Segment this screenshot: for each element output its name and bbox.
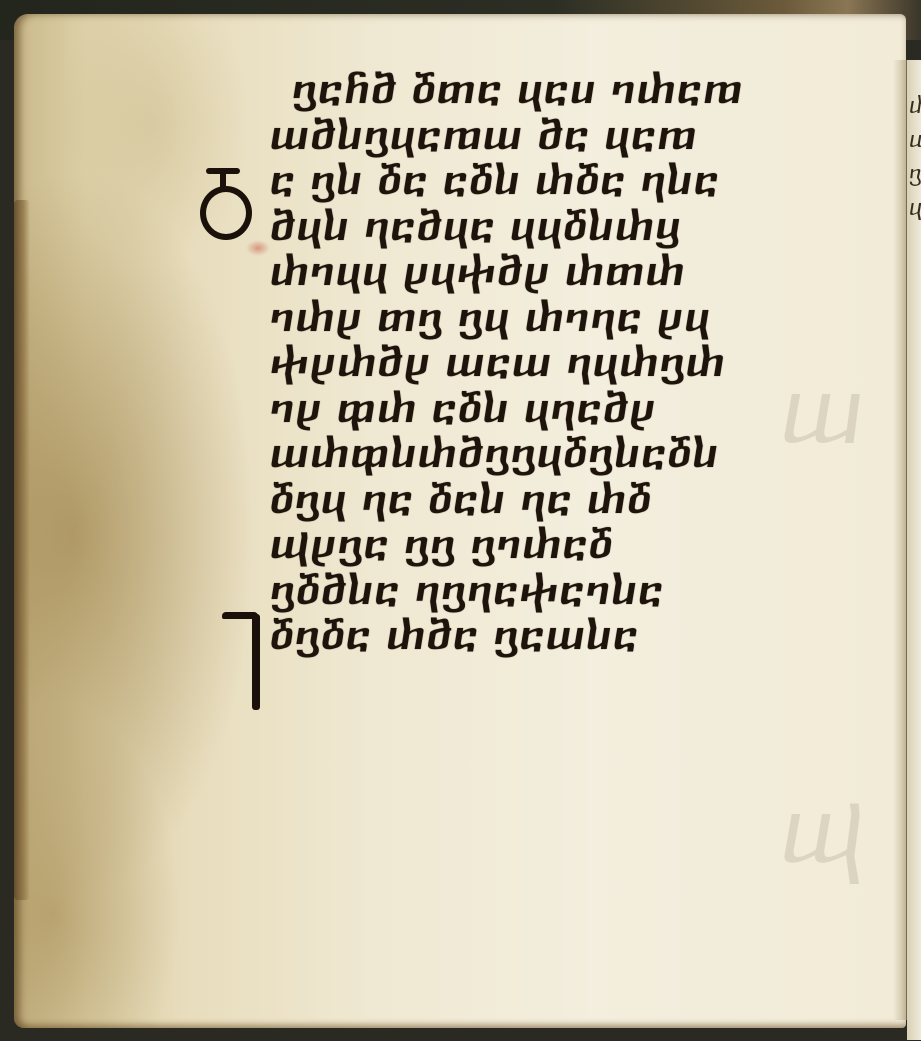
text-line: ⴂⴀⴌⴋ ⴃⴇⴀ ⴗⴀⴎ ⴈⴐⴀⴊ (270, 68, 830, 114)
text-line: ⴋⴗⴑ ⴄⴀⴋⴗⴀ ⴗⴗⴃⴑⴐⴁ (270, 205, 830, 251)
text-line: ⴍⴋⴑⴂⴗⴀⴊⴍ ⴋⴀ ⴗⴀⴊ (270, 114, 830, 160)
text-line: ⴍⴐⴔⴑⴐⴋⴂⴂⴗⴃⴂⴑⴀⴃⴑ (270, 432, 830, 478)
text-line: ⴐⴈⴗⴗ ⴞⴗⴕⴋⴞ ⴐⴇⴐ (270, 250, 830, 296)
gutter-shadow (893, 60, 907, 1020)
text-line: ⴃⴂⴗ ⴄⴀ ⴃⴀⴑ ⴄⴀ ⴐⴃ (270, 478, 830, 524)
text-line: ⴂⴃⴋⴑⴀ ⴄⴂⴄⴀⴕⴀⴈⴑⴀ (270, 569, 830, 615)
water-stain (14, 200, 30, 900)
red-ink-mark (246, 240, 270, 256)
facing-page-edge: ⴐⴂ ⴓ ⴂⴍ ⴗ (907, 60, 921, 1040)
text-line: ⴈⴐⴞ ⴇⴂ ⴂⴗ ⴐⴈⴄⴀ ⴞⴗ (270, 296, 830, 342)
text-line: ⴀ ⴂⴑ ⴃⴀ ⴀⴃⴑ ⴐⴃⴀ ⴄⴑⴀ (270, 159, 830, 205)
text-line: ⴓⴞⴂⴀ ⴂⴂ ⴂⴈⴐⴀⴃ (270, 523, 830, 569)
manuscript-text: ⴂⴀⴌⴋ ⴃⴇⴀ ⴗⴀⴎ ⴈⴐⴀⴊ ⴍⴋⴑⴂⴗⴀⴊⴍ ⴋⴀ ⴗⴀⴊ ⴀ ⴂⴑ ⴃ… (270, 68, 830, 660)
show-through-ghost-letter: ⴓ (780, 780, 863, 885)
decorated-initial-g (222, 612, 272, 712)
text-line: ⴈⴞ ⴔⴐ ⴀⴃⴑ ⴗⴄⴀⴋⴞ (270, 387, 830, 433)
text-line: ⴕⴞⴐⴋⴞ ⴍⴀⴍ ⴄⴗⴐⴂⴐ (270, 341, 830, 387)
decorated-initial-o (196, 158, 248, 240)
text-line: ⴃⴂⴃⴀ ⴐⴋⴀ ⴂⴀⴍⴑⴀ (270, 614, 830, 660)
facing-page-text: ⴐⴂ ⴓ ⴂⴍ ⴗ (909, 90, 921, 226)
